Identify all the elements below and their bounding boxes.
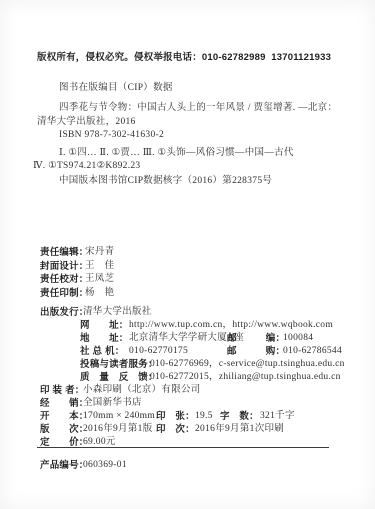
website-label: 网 址： xyxy=(80,320,129,331)
switchboard-value: 010-62770175 xyxy=(129,346,188,357)
divider-line xyxy=(37,447,329,448)
cip-title-line: 四季花与节令物：中国古人头上的一年风景 / 贾玺增著. —北京： xyxy=(59,103,337,114)
format-label: 开 本： xyxy=(40,411,89,422)
submission-value: 010-62776969，c-service@tup.tsinghua.edu.… xyxy=(150,359,345,370)
product-number-value: 060369-01 xyxy=(83,460,127,471)
quality-label: 质 量 反 馈： xyxy=(80,372,158,383)
wordcount-value: 321千字 xyxy=(260,411,295,422)
print-manager-name: 杨 艳 xyxy=(85,288,114,299)
cover-design-label: 封面设计： xyxy=(40,261,89,272)
edition-label: 版 次： xyxy=(40,424,89,435)
submission-label: 投稿与读者服务： xyxy=(80,359,158,370)
address-label: 地 址： xyxy=(80,333,129,344)
switchboard-label: 社 总 机： xyxy=(80,346,124,357)
cip-isbn: ISBN 978-7-302-41630-2 xyxy=(59,130,164,141)
website-value: http://www.tup.com.cn，http://www.wqbook.… xyxy=(129,320,333,331)
sheets-label: 印 张： xyxy=(156,411,195,422)
proofreader-name: 王凤芝 xyxy=(85,274,114,285)
publisher-label: 出版发行： xyxy=(40,307,89,318)
printer-label: 印 装 者： xyxy=(40,385,84,396)
wordcount-label: 字 数： xyxy=(220,411,259,422)
cip-heading: 图书在版编目（CIP）数据 xyxy=(59,83,173,94)
product-number-label: 产品编号： xyxy=(40,460,89,471)
printer-value: 小森印刷（北京）有限公司 xyxy=(83,385,201,396)
mailorder-value: 010-62786544 xyxy=(283,346,342,357)
quality-value: 010-62772015，zhiliang@tup.tsinghua.edu.c… xyxy=(150,372,341,383)
print-manager-label: 责任印制： xyxy=(40,288,89,299)
impression-value: 2016年9月第1次印刷 xyxy=(195,424,284,435)
editor-label: 责任编辑： xyxy=(40,247,89,258)
impression-label: 印 次： xyxy=(156,424,195,435)
cover-design-name: 王 佳 xyxy=(85,261,114,272)
distributor-label: 经 销： xyxy=(40,398,89,409)
sheets-value: 19.5 xyxy=(195,411,213,422)
proofreader-label: 责任校对： xyxy=(40,274,89,285)
edition-value: 2016年9月第1版 xyxy=(83,424,153,435)
mailorder-label: 邮 购： xyxy=(227,346,285,357)
book-copyright-page: 版权所有，侵权必究。侵权举报电话：010-62782989 1370112193… xyxy=(0,0,375,509)
cip-class-line2: Ⅳ. ①TS974.21②K892.23 xyxy=(33,161,140,172)
copyright-notice: 版权所有，侵权必究。侵权举报电话：010-62782989 1370112193… xyxy=(37,52,331,63)
cip-record-line: 中国版本图书馆CIP数据核字（2016）第228375号 xyxy=(59,176,272,187)
cip-class-line1: Ⅰ. ①四… Ⅱ. ①贾… Ⅲ. ①头饰—风俗习惯—中国—古代 xyxy=(59,148,294,159)
publisher-value: 清华大学出版社 xyxy=(83,307,152,318)
distributor-value: 全国新华书店 xyxy=(83,398,142,409)
format-value: 170mm × 240mm xyxy=(83,411,155,422)
cip-publisher-line: 清华大学出版社，2016 xyxy=(37,117,136,128)
zip-value: 100084 xyxy=(283,333,313,344)
zip-label: 邮 编： xyxy=(227,333,285,344)
editor-name: 宋丹青 xyxy=(85,247,114,258)
